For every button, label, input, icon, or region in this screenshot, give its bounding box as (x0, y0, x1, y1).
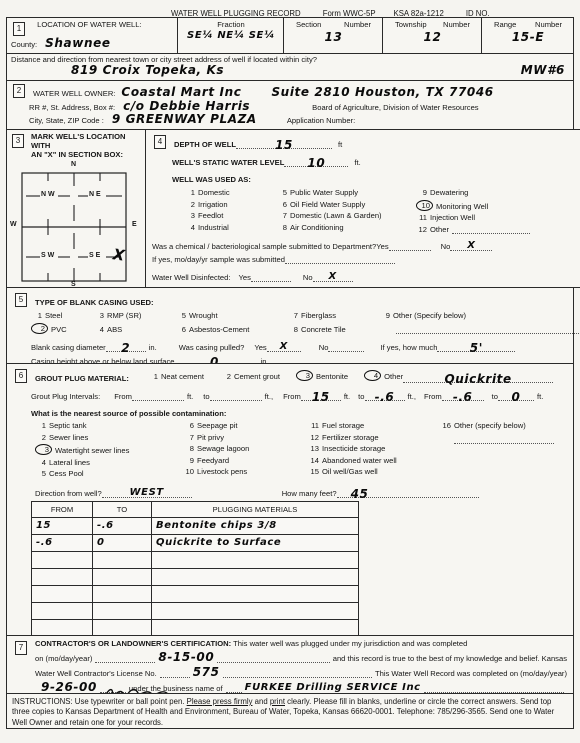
contamination-column-3: 11 Fuel storage 12 Fertilizer storage 13… (308, 421, 440, 481)
option-label: Other (384, 372, 403, 381)
county-field[interactable]: Shawnee (45, 37, 110, 49)
contamination-option-16[interactable]: 16 Other (specify below) (440, 421, 567, 430)
sample-date-field[interactable] (285, 253, 395, 264)
section-2-number: 2 (13, 84, 25, 98)
option-number: 4 (364, 370, 381, 381)
option-number: 1 (35, 421, 46, 430)
option-label: Insecticide storage (322, 444, 385, 453)
section-5-number: 5 (15, 293, 27, 307)
fraction-label: Fraction (182, 20, 280, 29)
sample-no-field[interactable]: X (450, 240, 492, 251)
direction-field[interactable]: WEST (102, 487, 192, 498)
to-header: TO (93, 501, 152, 517)
option-number: 11 (416, 213, 427, 222)
owner-address2-field[interactable]: Suite 2810 Houston, TX 77046 (271, 86, 493, 98)
option-label: Wrought (189, 311, 218, 320)
int2-from-field[interactable]: 15 (301, 390, 341, 401)
contamination-option[interactable]: 11 Fuel storage (308, 421, 440, 430)
pulled-no-label: No (319, 343, 329, 352)
pulled-no-field[interactable] (328, 341, 364, 352)
option-number: 3 (296, 370, 313, 381)
from-cell: 15 (36, 520, 51, 531)
application-number-label: Application Number: (287, 116, 355, 125)
table-row[interactable] (32, 619, 359, 636)
section-3-map: 3 MARK WELL'S LOCATION WITH AN "X" IN SE… (6, 129, 146, 288)
contamination-option[interactable]: 6 Seepage pit (183, 421, 308, 430)
compass-e-label: E (132, 221, 137, 228)
well-location-x-mark[interactable]: X (112, 247, 126, 264)
table-row[interactable] (32, 568, 359, 585)
used-as-option[interactable]: 10 Monitoring Well (416, 200, 576, 211)
option-label: Livestock pens (197, 467, 247, 476)
option-number: 2 (184, 200, 195, 209)
pulled-yes-label: Yes (254, 343, 266, 352)
option-number: 9 (379, 311, 390, 320)
sample-no-label: No (441, 242, 451, 251)
direction-label: Direction from well? (35, 489, 102, 498)
option-label: Oil Field Water Supply (290, 200, 365, 209)
option-number: 13 (308, 444, 319, 453)
grout-material-option[interactable]: 1 Neat cement (147, 370, 204, 381)
distance-field[interactable]: 819 Croix Topeka, Ks (71, 64, 224, 76)
option-label: Dewatering (430, 188, 468, 197)
swl-ft-label: ft. (354, 158, 360, 167)
contamination-option[interactable]: 10 Livestock pens (183, 467, 308, 476)
table-header-row: FROM TO PLUGGING MATERIALS (32, 501, 359, 517)
option-label: Cess Pool (49, 469, 84, 478)
option-label: Feedlot (198, 211, 223, 220)
section-cell: Section Number 13 (283, 18, 382, 54)
section-2-owner: 2 WATER WELL OWNER: Coastal Mart Inc Sui… (6, 80, 574, 130)
section-7-certification: 7 CONTRACTOR'S OR LANDOWNER'S CERTIFICAT… (6, 635, 574, 694)
county-label: County: (11, 40, 37, 49)
quadrant-nw-label: N W (41, 191, 55, 198)
township-label: Township (395, 20, 427, 29)
certification-line1: This water well was plugged under my jur… (233, 639, 467, 648)
quadrant-se-label: S E (89, 252, 100, 259)
used-as-option[interactable]: 8 Air Conditioning (276, 223, 416, 232)
option-label: Septic tank (49, 421, 87, 430)
option-number: 14 (308, 456, 319, 465)
option-label: Domestic (198, 188, 230, 197)
from-cell: -.6 (36, 537, 53, 548)
table-row[interactable]: -.6 0 Quickrite to Surface (32, 534, 359, 551)
option-dotted-line (452, 225, 530, 234)
option-label: ABS (107, 325, 122, 334)
depth-label: DEPTH OF WELL (174, 140, 236, 149)
option-number: 8 (183, 444, 194, 453)
township-cell: Township Number 12 (382, 18, 481, 54)
map-title-line1: MARK WELL'S LOCATION WITH (31, 132, 142, 150)
option-number: 4 (35, 458, 46, 467)
quadrant-sw-label: S W (41, 252, 54, 259)
intervals-label: Grout Plug Intervals: (31, 392, 100, 401)
option-label: Steel (45, 311, 62, 320)
section-1-location: 1 LOCATION OF WATER WELL: County: Shawne… (6, 17, 574, 54)
how-much-field[interactable]: 5' (437, 341, 515, 352)
option-number: 3 (184, 211, 195, 220)
used-as-option[interactable]: 9 Dewatering (416, 188, 576, 197)
instructions-text: INSTRUCTIONS: Use typewriter or ball poi… (12, 697, 554, 727)
materials-header: PLUGGING MATERIALS (152, 501, 359, 517)
materials-cell: Bentonite chips 3/8 (156, 520, 277, 531)
grout-material-options: 1 Neat cement 2 Cement grout 3 Bentonite (147, 370, 364, 384)
contamination-option[interactable]: 7 Pit privy (183, 433, 308, 442)
disinfected-label: Water Well Disinfected: (152, 273, 231, 282)
table-row[interactable] (32, 551, 359, 568)
table-body: 15 -.6 Bentonite chips 3/8 -.6 0 Quickri… (32, 517, 359, 653)
option-label: Fuel storage (322, 421, 364, 430)
option-label: Watertight sewer lines (55, 446, 129, 455)
depth-field[interactable]: 15 (236, 138, 332, 149)
option-label: Seepage pit (197, 421, 238, 430)
grout-title: GROUT PLUG MATERIAL: (35, 374, 129, 383)
option-label: Neat cement (161, 372, 204, 381)
int3-to-field[interactable]: 0 (498, 390, 534, 401)
ft-label: ft. (537, 392, 543, 401)
option-number: 1 (147, 372, 158, 381)
disinfected-no-label: No (303, 273, 313, 282)
license-field[interactable]: 575 (193, 666, 220, 678)
completed-date-field[interactable]: 8-15-00 (158, 651, 214, 663)
map-title-line2: AN "X" IN SECTION BOX: (31, 150, 142, 159)
section-number-label: Number (344, 20, 371, 29)
instruction-segment: print (270, 697, 285, 706)
option-label: RMP (SR) (107, 311, 141, 320)
fraction-cell: Fraction SE¼ NE¼ SE¼ (177, 18, 283, 54)
option-label: Abandoned water well (322, 456, 397, 465)
instruction-segment: INSTRUCTIONS: Use typewriter or ball poi… (12, 697, 187, 706)
plugging-materials-table: FROM TO PLUGGING MATERIALS 15 -.6 Benton… (31, 501, 359, 654)
disinfected-no-field[interactable]: X (313, 271, 353, 282)
contamination-option[interactable]: 3 Watertight sewer lines (35, 444, 183, 455)
casing-option[interactable]: 7 Fiberglass (287, 311, 379, 320)
to-cell: -.6 (97, 520, 114, 531)
ft-label: ft. (187, 392, 193, 401)
option-number: 7 (276, 211, 287, 220)
street-address-field[interactable]: c/o Debbie Harris (123, 100, 250, 112)
contamination-option[interactable]: 2 Sewer lines (35, 433, 183, 442)
section-5-casing: 5 TYPE OF BLANK CASING USED: 1 Steel 3 R… (6, 287, 574, 364)
contamination-other-field[interactable] (454, 433, 554, 444)
int2-from-label: From (283, 392, 301, 401)
used-as-column-3: 9 Dewatering 10 Monitoring Well 11 Injec… (416, 188, 576, 236)
casing-pulled-label: Was casing pulled? (179, 343, 245, 352)
contamination-option[interactable]: 13 Insecticide storage (308, 444, 440, 453)
contamination-column-2: 6 Seepage pit 7 Pit privy 8 Sewage lagoo… (183, 421, 308, 481)
instruction-segment: and (252, 697, 269, 706)
grout-other-field[interactable]: Quickrite (403, 372, 553, 383)
option-number: 12 (416, 225, 427, 234)
range-cell: Range Number 15-E (481, 18, 573, 54)
section-6-number: 6 (15, 369, 27, 383)
ft-label: ft., (408, 392, 416, 401)
option-number: 10 (416, 200, 433, 211)
owner-label: WATER WELL OWNER: (33, 89, 115, 98)
contamination-label: What is the nearest source of possible c… (31, 409, 567, 418)
section-7-number: 7 (15, 641, 27, 655)
option-dotted-line (396, 325, 580, 334)
option-label: Oil well/Gas well (322, 467, 378, 476)
from-header: FROM (32, 501, 93, 517)
contamination-option[interactable]: 9 Feedyard (183, 456, 308, 465)
compass-n-label: N (71, 161, 76, 168)
sample-date-label: If yes, mo/day/yr sample was submitted (152, 255, 285, 264)
record-completed-label: This Water Well Record was completed on … (375, 669, 567, 678)
option-number: 2 (220, 372, 231, 381)
well-used-as-label: WELL WAS USED AS: (172, 175, 576, 184)
option-number: 3 (93, 311, 104, 320)
static-water-level-label: WELL'S STATIC WATER LEVEL (172, 158, 284, 167)
street-address-label: RR #, St. Address, Box #: (29, 103, 115, 112)
option-label: Public Water Supply (290, 188, 358, 197)
option-number: 2 (35, 433, 46, 442)
grout-material-other[interactable]: 4 Other (364, 370, 403, 381)
option-number: 6 (276, 200, 287, 209)
int1-from-label: From (114, 392, 132, 401)
option-number: 5 (175, 311, 186, 320)
option-number: 8 (276, 223, 287, 232)
section-1-number: 1 (13, 22, 25, 36)
owner-name-field[interactable]: Coastal Mart Inc (121, 86, 241, 98)
used-as-option[interactable]: 12 Other (416, 225, 576, 234)
section-3-number: 3 (12, 134, 24, 148)
contamination-option[interactable]: 8 Sewage lagoon (183, 444, 308, 453)
casing-option[interactable]: 8 Concrete Tile (287, 323, 379, 334)
int3-from-field[interactable]: -.6 (442, 390, 484, 401)
business-name-field[interactable]: FURKEE Drilling SERVICE Inc (245, 683, 421, 693)
option-number: 15 (308, 467, 319, 476)
option-label: Lateral lines (49, 458, 90, 467)
option-number: 2 (31, 323, 48, 334)
option-number: 4 (93, 325, 104, 334)
option-label: Domestic (Lawn & Garden) (290, 211, 382, 220)
contamination-column-1: 1 Septic tank 2 Sewer lines 3 Watertight… (35, 421, 183, 481)
static-water-level-field[interactable]: 10 (284, 156, 348, 167)
agency-label: Board of Agriculture, Division of Water … (312, 103, 478, 112)
casing-option[interactable]: 2 PVC (31, 323, 93, 334)
option-label: Sewage lagoon (197, 444, 249, 453)
ft-label: ft. (344, 392, 350, 401)
feet-field[interactable]: 45 (337, 487, 479, 498)
option-label: Cement grout (234, 372, 280, 381)
int1-to-field[interactable] (210, 390, 262, 401)
used-as-option[interactable]: 11 Injection Well (416, 213, 576, 222)
option-number: 1 (184, 188, 195, 197)
used-as-option[interactable]: 3 Feedlot (184, 211, 276, 220)
option-label: Fertilizer storage (322, 433, 379, 442)
section-grid-lines (10, 165, 142, 291)
used-as-column-2: 5 Public Water Supply 6 Oil Field Water … (276, 188, 416, 236)
city-state-zip-field[interactable]: 9 GREENWAY PLAZA (112, 113, 257, 125)
to-cell: 0 (97, 537, 105, 548)
contamination-option[interactable]: 4 Lateral lines (35, 458, 183, 467)
contamination-option[interactable]: 15 Oil well/Gas well (308, 467, 440, 476)
option-number: 8 (287, 325, 298, 334)
casing-option[interactable] (379, 323, 580, 334)
water-well-plugging-record-form: WATER WELL PLUGGING RECORD Form WWC-5P K… (0, 0, 580, 743)
used-as-option[interactable]: 6 Oil Field Water Supply (276, 200, 416, 209)
option-number: 7 (183, 433, 194, 442)
instruction-segment: Please press firmly (187, 697, 253, 706)
disinfected-yes-label: Yes (239, 273, 251, 282)
option-label: Air Conditioning (290, 223, 344, 232)
fraction-field[interactable]: SE¼ NE¼ SE¼ (187, 30, 275, 41)
quadrant-ne-label: N E (89, 191, 101, 198)
grout-material-option[interactable]: 3 Bentonite (296, 370, 348, 381)
diameter-in-label: in. (149, 343, 157, 352)
option-number: 16 (440, 421, 451, 430)
depth-ft-label: ft (338, 140, 342, 149)
option-number: 7 (287, 311, 298, 320)
used-as-column-1: 1 Domestic 2 Irrigation 3 Feedlot 4 Indu… (184, 188, 276, 236)
int3-from-label: From (424, 392, 442, 401)
section-4-number: 4 (154, 135, 166, 149)
instructions-box: INSTRUCTIONS: Use typewriter or ball poi… (6, 693, 574, 729)
used-as-option[interactable]: 4 Industrial (184, 223, 276, 232)
range-field[interactable]: 15-E (512, 30, 544, 44)
used-as-option[interactable]: 2 Irrigation (184, 200, 276, 209)
record-date-field[interactable]: 9-26-00 (41, 681, 97, 693)
option-number: 9 (183, 456, 194, 465)
option-label: Monitoring Well (436, 202, 488, 211)
option-number: 4 (184, 223, 195, 232)
completed-on-label: on (mo/day/year) (35, 654, 92, 663)
option-number: 5 (35, 469, 46, 478)
casing-title: TYPE OF BLANK CASING USED: (35, 298, 154, 307)
section-6-grout: 6 GROUT PLUG MATERIAL: 1 Neat cement 2 C… (6, 363, 574, 636)
compass-w-label: W (10, 221, 17, 228)
license-label: Water Well Contractor's License No. (35, 669, 157, 678)
casing-option[interactable]: 6 Asbestos-Cement (175, 323, 287, 334)
option-number: 11 (308, 421, 319, 430)
section-4-well-info: 4 DEPTH OF WELL 15 ft WELL'S STATIC WATE… (145, 129, 580, 288)
table-row[interactable]: 15 -.6 Bentonite chips 3/8 (32, 517, 359, 534)
option-label: Asbestos-Cement (189, 325, 249, 334)
feet-label: How many feet? (282, 489, 337, 498)
grout-material-option[interactable]: 2 Cement grout (220, 370, 280, 381)
option-label: PVC (51, 325, 67, 334)
option-label: Irrigation (198, 200, 228, 209)
casing-option[interactable]: 3 RMP (SR) (93, 311, 175, 320)
option-label: Fiberglass (301, 311, 336, 320)
how-much-label: If yes, how much (380, 343, 437, 352)
option-number: 12 (308, 433, 319, 442)
option-number: 6 (175, 325, 186, 334)
used-as-option[interactable]: 5 Public Water Supply (276, 188, 416, 197)
section-location-map[interactable]: N S W E N W N E S W S E X (10, 165, 142, 291)
certification-title: CONTRACTOR'S OR LANDOWNER'S CERTIFICATIO… (35, 639, 231, 648)
option-number: 6 (183, 421, 194, 430)
option-label: Feedyard (197, 456, 229, 465)
sample-yes-field[interactable] (389, 240, 431, 251)
distance-row: Distance and direction from nearest town… (6, 53, 574, 81)
well-id-annotation[interactable]: MW#6 (521, 64, 565, 76)
certification-line2: and this record is true to the best of m… (333, 654, 567, 663)
int2-to-field[interactable]: -.6 (365, 390, 405, 401)
sample-question-label: Was a chemical / bacteriological sample … (152, 242, 389, 251)
option-label: Industrial (198, 223, 229, 232)
city-state-zip-label: City, State, ZIP Code : (29, 116, 104, 125)
location-cell: 1 LOCATION OF WATER WELL: County: Shawne… (7, 18, 177, 54)
form-header: WATER WELL PLUGGING RECORD Form WWC-5P K… (6, 3, 574, 18)
used-as-option[interactable]: 7 Domestic (Lawn & Garden) (276, 211, 416, 220)
range-number-label: Number (535, 20, 562, 29)
casing-diameter-field[interactable]: 2 (106, 341, 146, 352)
casing-option[interactable]: 1 Steel (31, 311, 93, 320)
contamination-option[interactable]: 14 Abandoned water well (308, 456, 440, 465)
used-as-option[interactable]: 1 Domestic (184, 188, 276, 197)
option-label: Injection Well (430, 213, 475, 222)
section-label: Section (296, 20, 321, 29)
option-label: Other (430, 225, 449, 234)
casing-type-options: 1 Steel 3 RMP (SR) 5 Wrought 7 Fiberglas… (31, 311, 567, 336)
location-title: LOCATION OF WATER WELL: (37, 20, 142, 29)
contamination-column-4: 16 Other (specify below) (440, 421, 567, 481)
casing-diameter-label: Blank casing diameter (31, 343, 106, 352)
section-field[interactable]: 13 (325, 30, 343, 44)
option-number: 10 (183, 467, 194, 476)
township-field[interactable]: 12 (424, 30, 442, 44)
disinfected-yes-field[interactable] (251, 271, 291, 282)
contamination-option[interactable]: 12 Fertilizer storage (308, 433, 440, 442)
contamination-option[interactable]: 5 Cess Pool (35, 469, 183, 478)
option-number: 5 (276, 188, 287, 197)
table-row[interactable] (32, 602, 359, 619)
option-number: 1 (31, 311, 42, 320)
option-label: Sewer lines (49, 433, 88, 442)
table-row[interactable] (32, 585, 359, 602)
option-label: Other (specify below) (454, 421, 526, 430)
option-label: Pit privy (197, 433, 224, 442)
materials-cell: Quickrite to Surface (156, 537, 281, 548)
casing-option[interactable]: 5 Wrought (175, 311, 287, 320)
option-number: 3 (35, 444, 52, 455)
casing-option[interactable]: 9 Other (Specify below) (379, 311, 580, 320)
pulled-yes-field[interactable]: X (267, 341, 301, 352)
option-label: Bentonite (316, 372, 348, 381)
range-label: Range (494, 20, 516, 29)
option-label: Concrete Tile (301, 325, 346, 334)
ft-label: ft., (265, 392, 273, 401)
option-number: 9 (416, 188, 427, 197)
int1-from-field[interactable] (132, 390, 184, 401)
township-number-label: Number (443, 20, 470, 29)
contamination-option[interactable]: 1 Septic tank (35, 421, 183, 430)
casing-option[interactable]: 4 ABS (93, 323, 175, 334)
option-label: Other (Specify below) (393, 311, 466, 320)
